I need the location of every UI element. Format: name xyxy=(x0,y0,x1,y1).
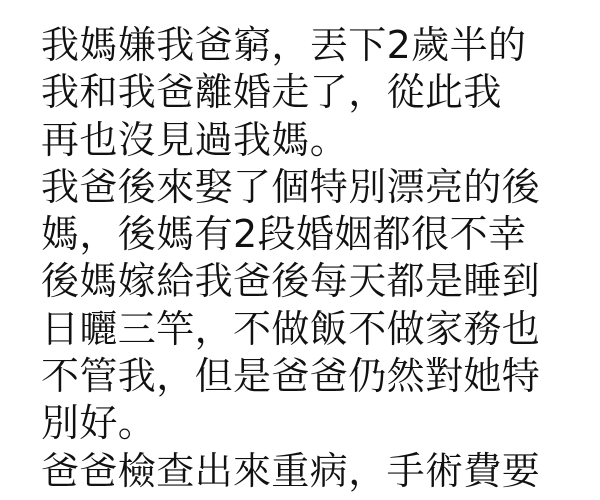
text-line-3: 再也沒見過我媽。 xyxy=(41,117,581,164)
text-line-6: 後媽嫁給我爸後每天都是睡到 xyxy=(41,258,581,305)
text-line-9: 別好。 xyxy=(41,400,581,447)
story-text: 我媽嫌我爸窮，丟下2歲半的 我和我爸離婚走了，從此我 再也沒見過我媽。 我爸後來… xyxy=(41,22,581,495)
text-line-2: 我和我爸離婚走了，從此我 xyxy=(41,69,581,116)
text-line-10-cropped: 爸爸檢查出來重病，手術費要 xyxy=(41,448,581,495)
text-line-5: 媽，後媽有2段婚姻都很不幸 xyxy=(41,211,581,258)
text-line-4: 我爸後來娶了個特別漂亮的後 xyxy=(41,164,581,211)
text-line-7: 日曬三竿，不做飯不做家務也 xyxy=(41,306,581,353)
text-line-8: 不管我，但是爸爸仍然對她特 xyxy=(41,353,581,400)
document-page: 我媽嫌我爸窮，丟下2歲半的 我和我爸離婚走了，從此我 再也沒見過我媽。 我爸後來… xyxy=(0,0,600,500)
text-line-1: 我媽嫌我爸窮，丟下2歲半的 xyxy=(41,22,581,69)
